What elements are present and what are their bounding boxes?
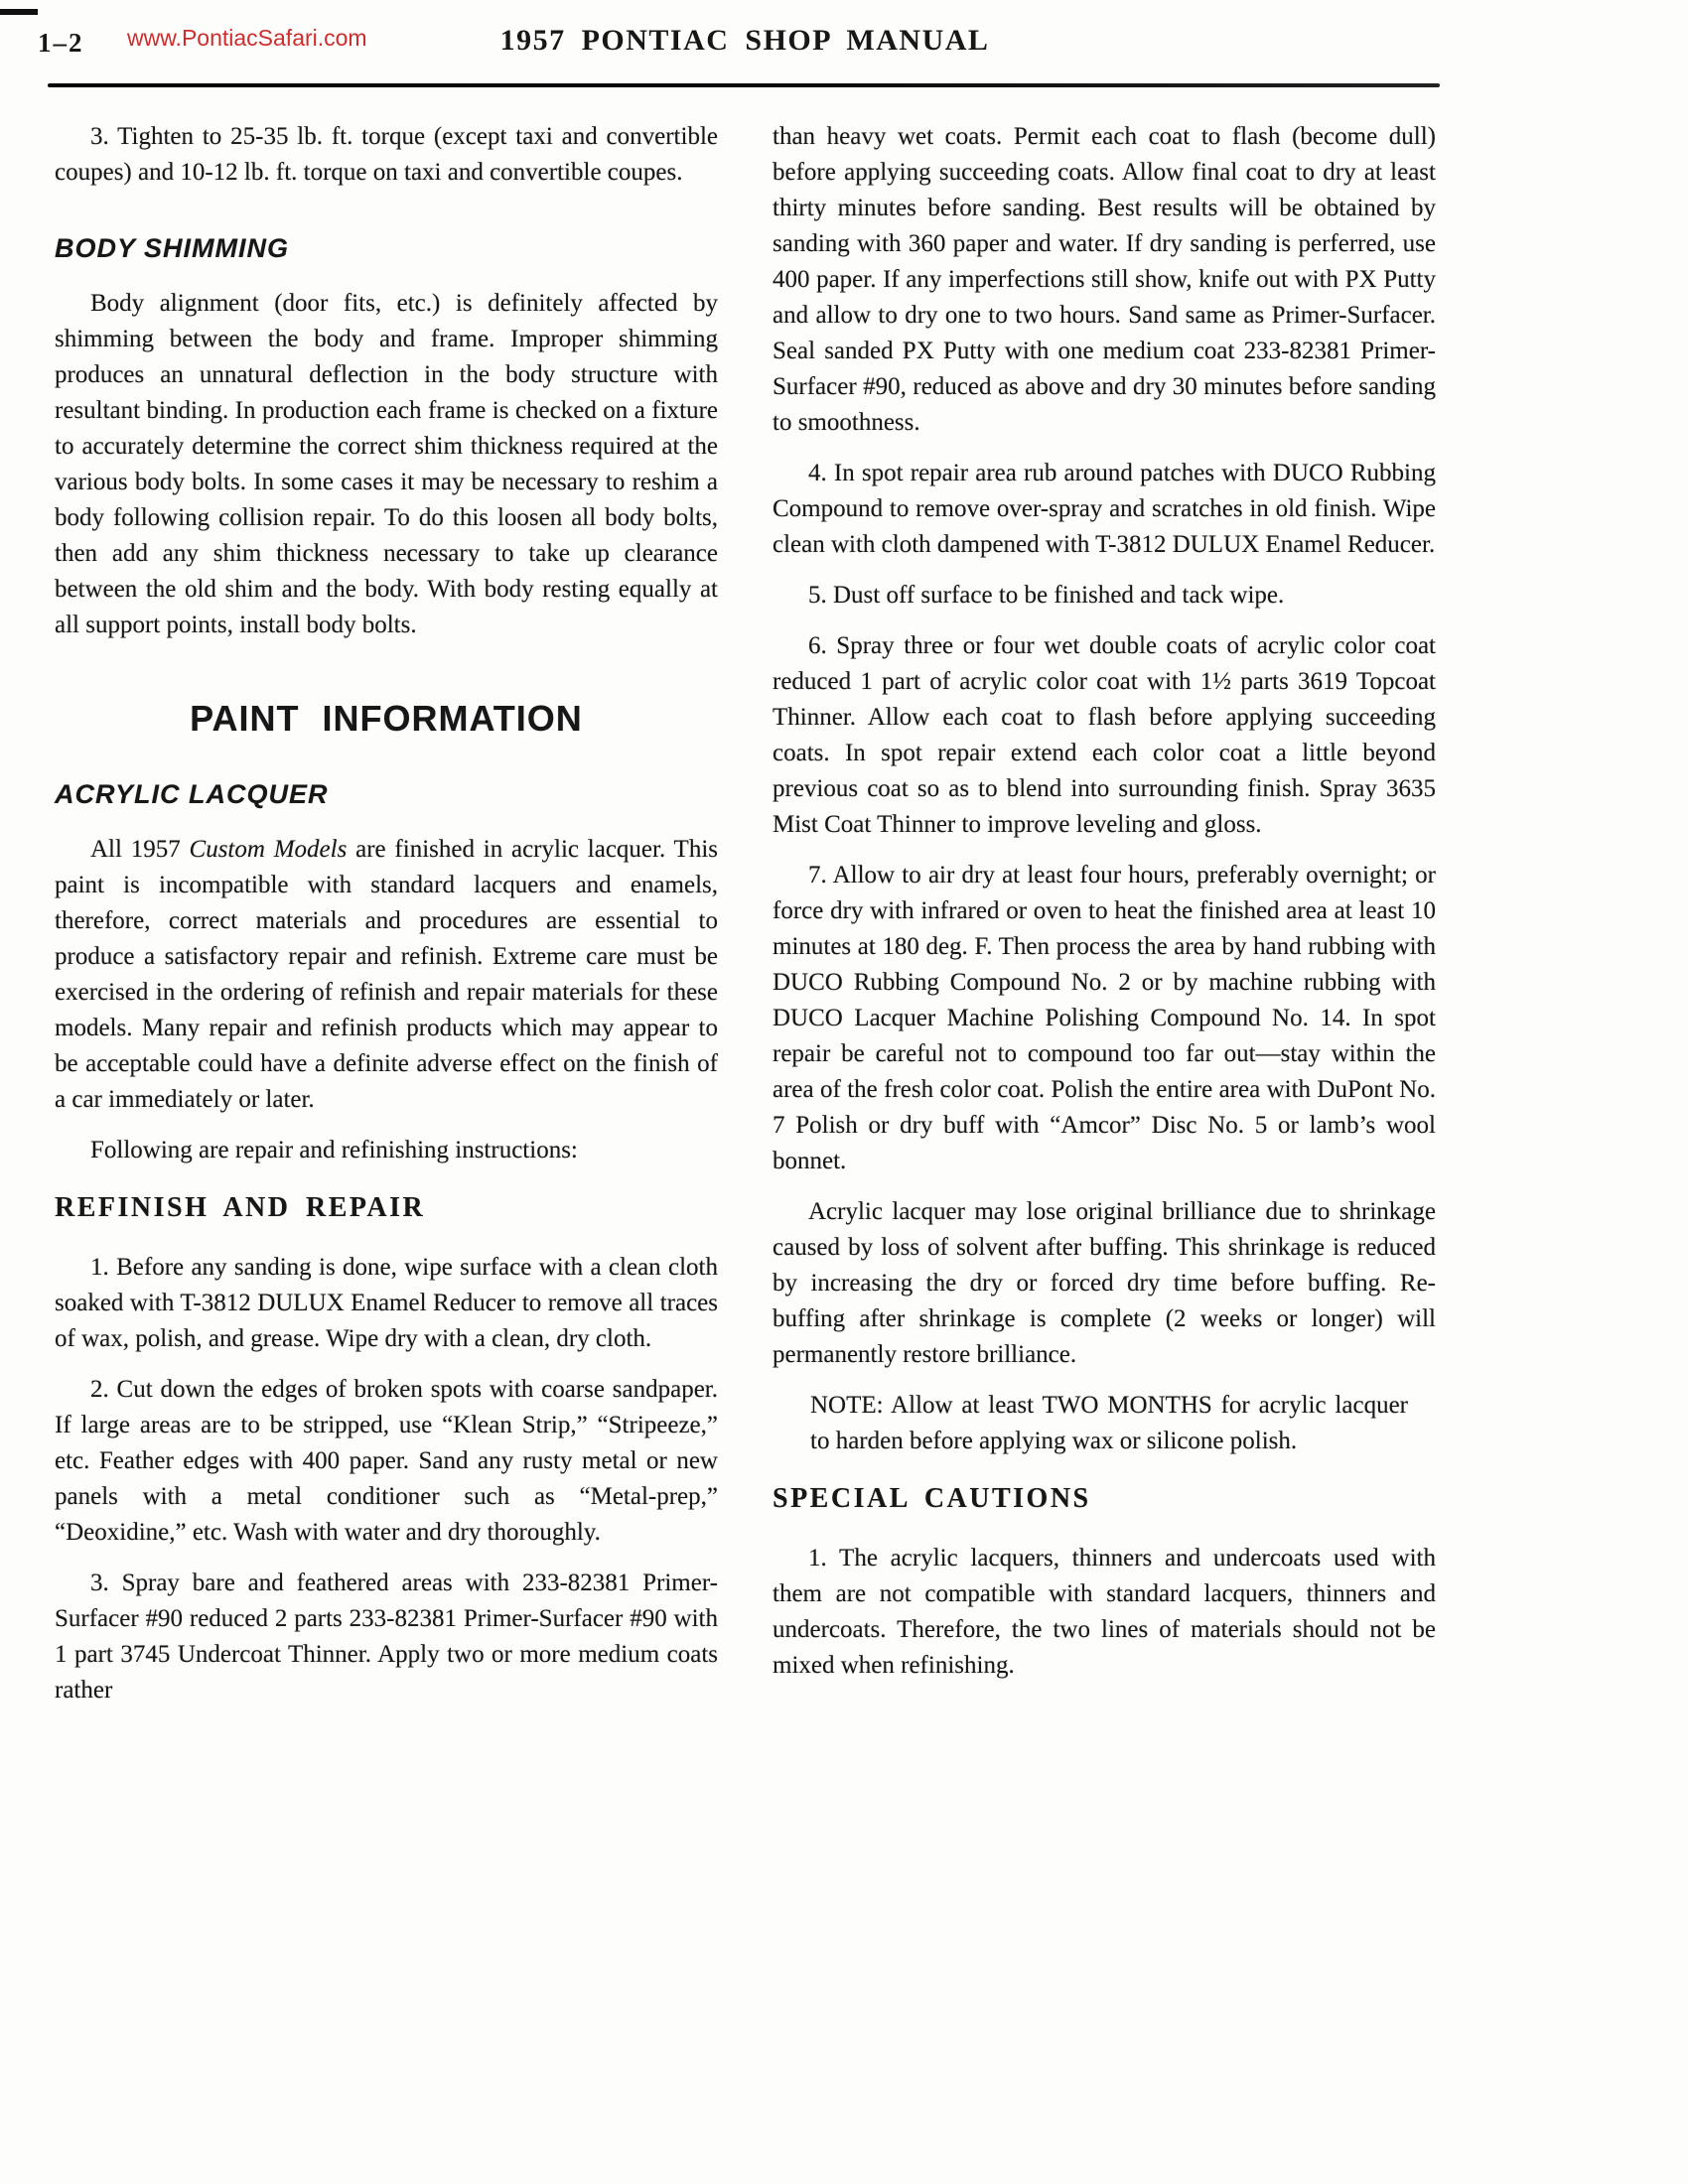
paragraph-step-3: 3. Spray bare and feathered areas with 2… <box>55 1566 718 1708</box>
paragraph-body-shimming: Body alignment (door fits, etc.) is defi… <box>55 286 718 643</box>
paragraph-step-1: 1. Before any sanding is done, wipe surf… <box>55 1250 718 1357</box>
scanned-manual-page: 1–2 www.PontiacSafari.com 1957 PONTIAC S… <box>0 0 1688 2184</box>
paragraph-step-7: 7. Allow to air dry at least four hours,… <box>773 858 1436 1179</box>
heading-paint-information: PAINT INFORMATION <box>55 701 718 737</box>
page-title: 1957 PONTIAC SHOP MANUAL <box>50 24 1440 58</box>
paragraph-step-5: 5. Dust off surface to be finished and t… <box>773 578 1436 614</box>
paragraph-torque-step-3: 3. Tighten to 25-35 lb. ft. torque (exce… <box>55 119 718 191</box>
paragraph-following-instructions: Following are repair and refinishing ins… <box>55 1133 718 1168</box>
acrylic-para-italic-model-name: Custom Models <box>190 836 348 863</box>
header-divider <box>48 83 1440 87</box>
paragraph-step-3-continuation: than heavy wet coats. Permit each coat t… <box>773 119 1436 441</box>
right-column: than heavy wet coats. Permit each coat t… <box>773 119 1436 1699</box>
acrylic-para-text-rest: are finished in acrylic lacquer. This pa… <box>55 836 718 1113</box>
heading-acrylic-lacquer: ACRYLIC LACQUER <box>55 776 718 812</box>
paragraph-caution-1: 1. The acrylic lacquers, thinners and un… <box>773 1541 1436 1684</box>
paragraph-acrylic-lacquer: All 1957 Custom Models are finished in a… <box>55 832 718 1118</box>
acrylic-para-text: All 1957 <box>90 836 190 863</box>
heading-body-shimming: BODY SHIMMING <box>55 230 718 266</box>
paragraph-step-6: 6. Spray three or four wet double coats … <box>773 628 1436 843</box>
scan-edge-artifact <box>0 9 38 15</box>
heading-special-cautions: SPECIAL CAUTIONS <box>773 1481 1436 1517</box>
paragraph-step-2: 2. Cut down the edges of broken spots wi… <box>55 1372 718 1551</box>
heading-refinish-and-repair: REFINISH AND REPAIR <box>55 1190 718 1226</box>
left-column: 3. Tighten to 25-35 lb. ft. torque (exce… <box>55 119 718 1723</box>
paragraph-step-4: 4. In spot repair area rub around patche… <box>773 456 1436 563</box>
paragraph-brilliance: Acrylic lacquer may lose original brilli… <box>773 1194 1436 1373</box>
paragraph-note-two-months: NOTE: Allow at least TWO MONTHS for acry… <box>810 1388 1408 1459</box>
